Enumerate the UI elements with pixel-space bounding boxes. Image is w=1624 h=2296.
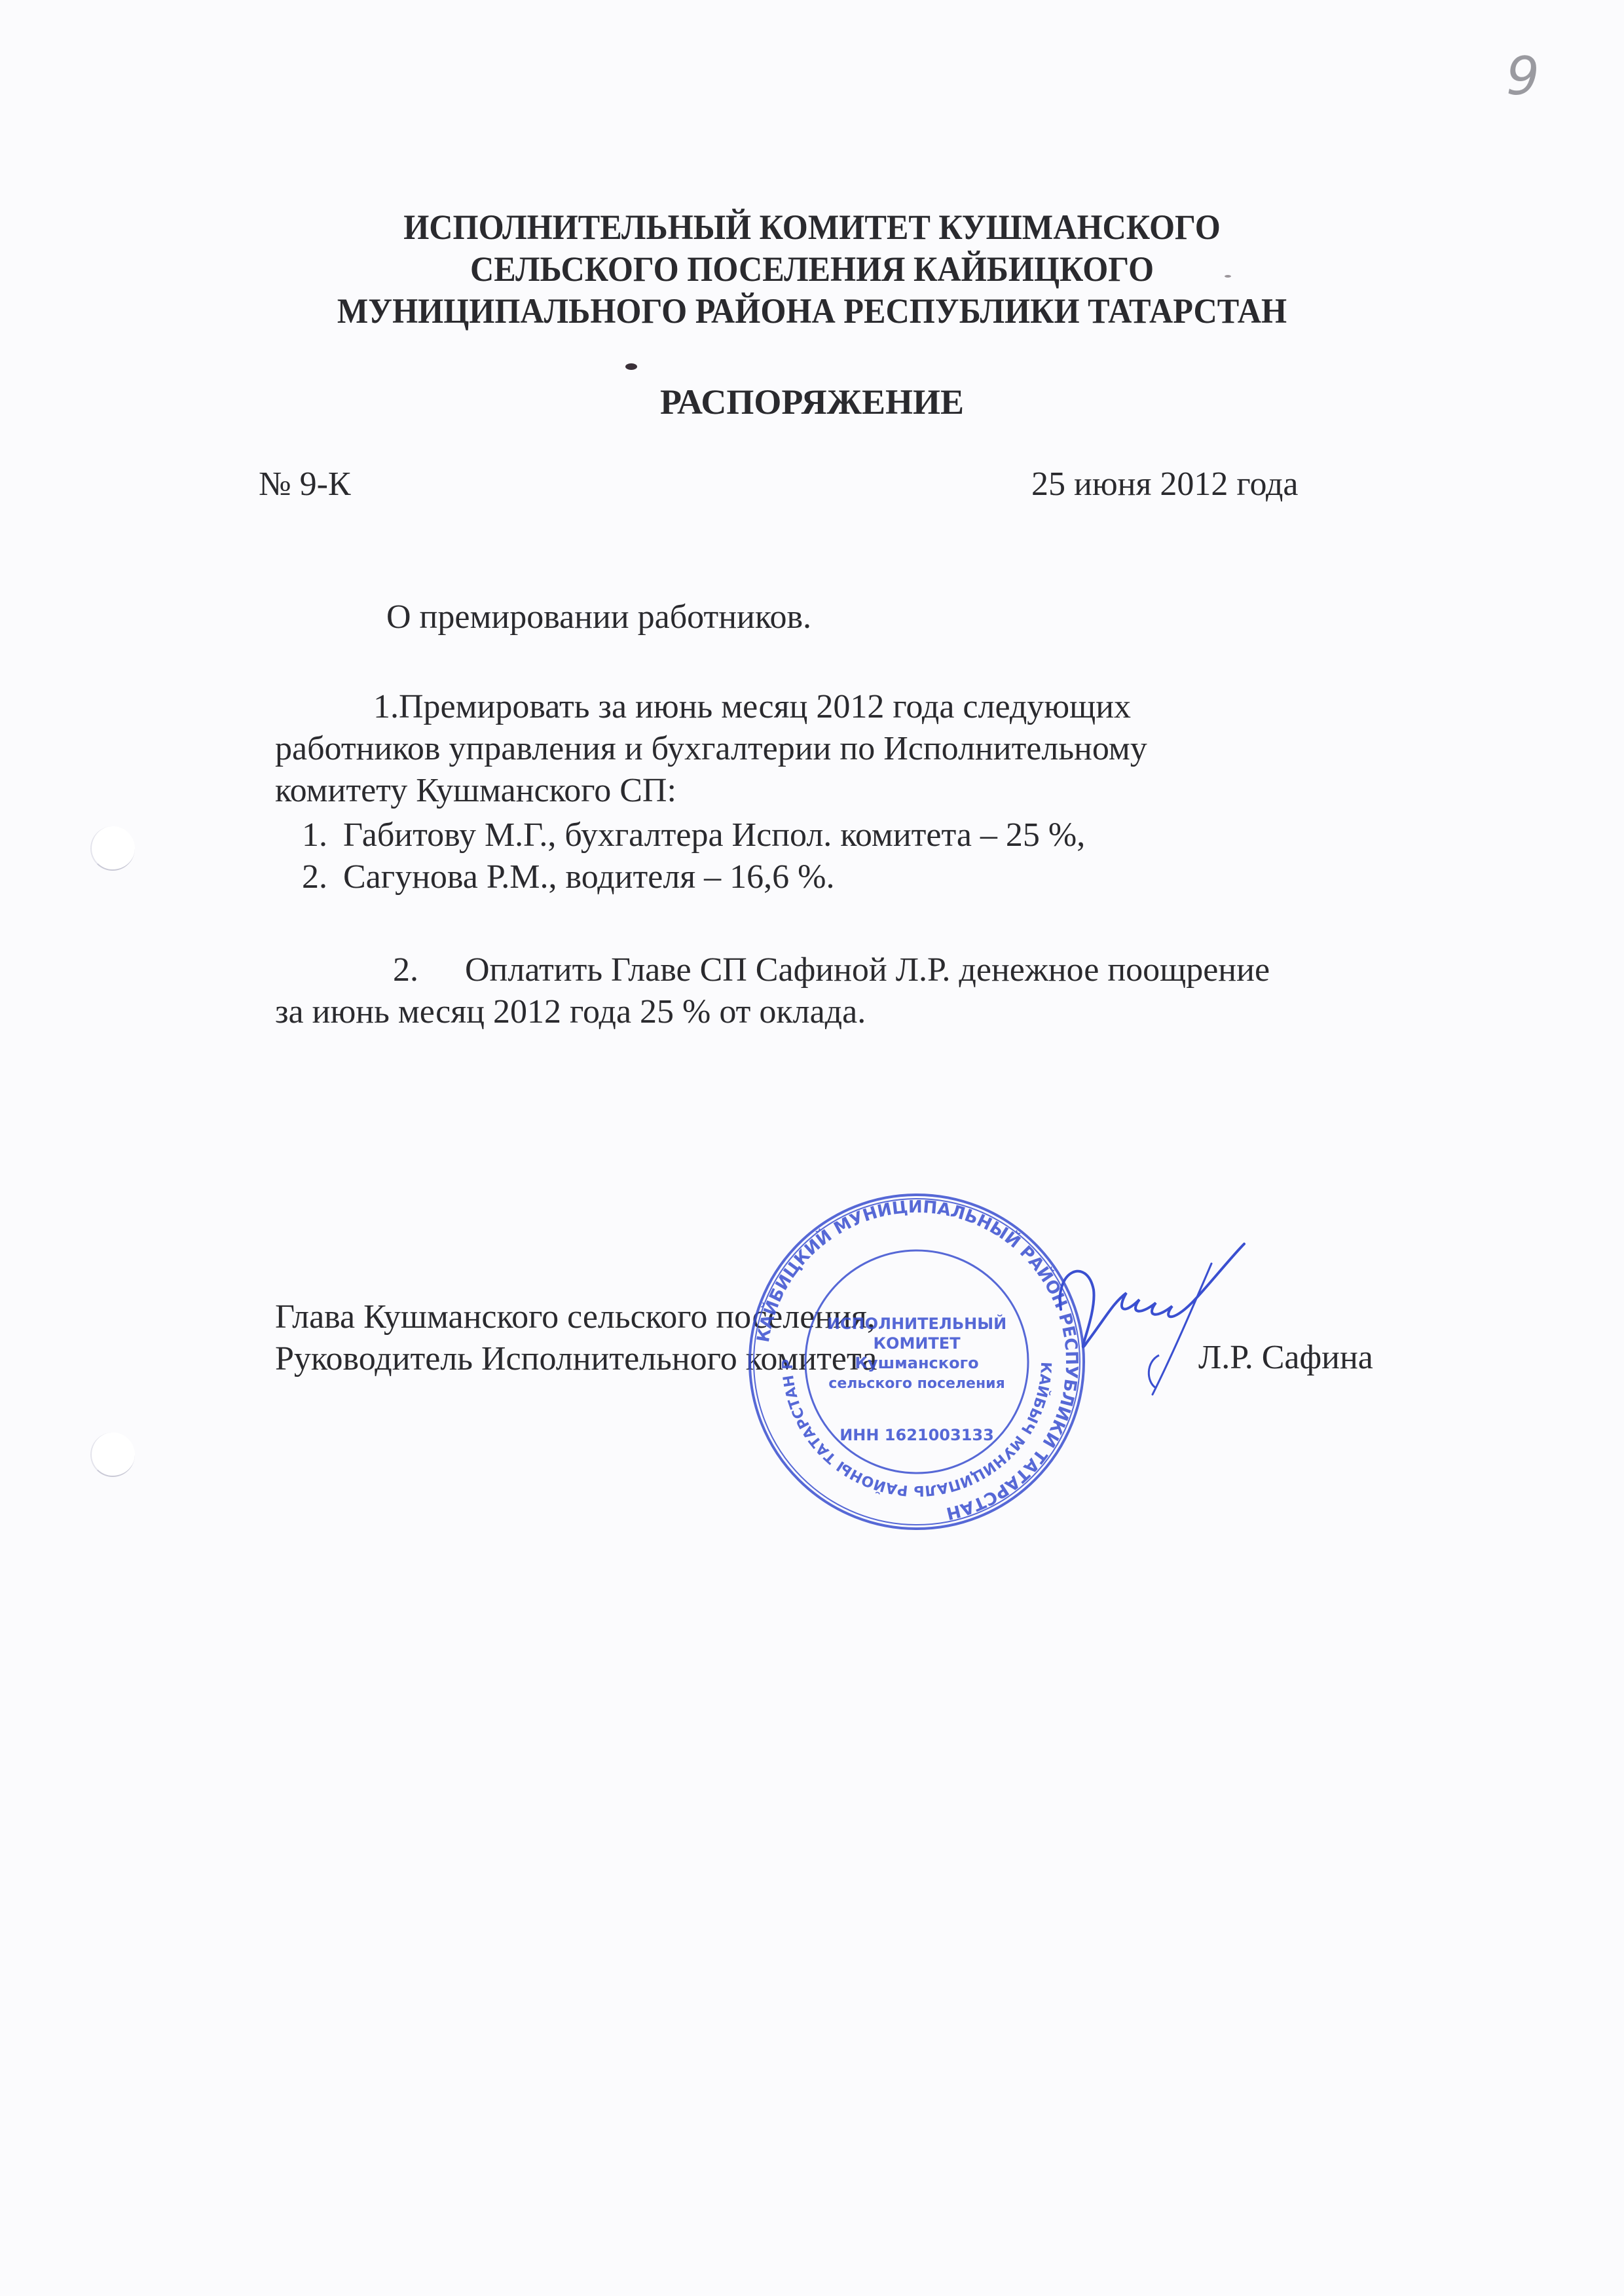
document-type-title: РАСПОРЯЖЕНИЕ [0,382,1624,422]
paragraph-line: 2.Оплатить Главе СП Сафиной Л.Р. денежно… [275,949,1270,991]
list-item-number: 1. [282,814,327,856]
punch-hole [90,826,135,871]
list-item: 1.Габитову М.Г., бухгалтера Испол. комит… [282,814,1085,856]
paragraph-line: за июнь месяц 2012 года 25 % от оклада. [275,991,1270,1033]
page-number: 9 [1506,46,1540,107]
scan-speck [1225,275,1231,278]
stamp-center-line: ИСПОЛНИТЕЛЬНЫЙ [827,1314,1006,1333]
document-number: № 9-К [259,465,351,503]
document-subject: О премировании работников. [386,598,811,636]
paragraph-line: 1.Премировать за июнь месяц 2012 года сл… [275,686,1147,728]
paragraph-2: 2.Оплатить Главе СП Сафиной Л.Р. денежно… [275,949,1270,1033]
official-stamp-icon: КАЙБИЦКИЙ МУНИЦИПАЛЬНЫЙ РАЙОН РЕСПУБЛИКИ… [747,1192,1087,1532]
paragraph-1: 1.Премировать за июнь месяц 2012 года сл… [275,686,1147,812]
paragraph-number: 2. [393,949,465,991]
organization-header: ИСПОЛНИТЕЛЬНЫЙ КОМИТЕТ КУШМАНСКОГО СЕЛЬС… [57,206,1567,332]
paragraph-text: Оплатить Главе СП Сафиной Л.Р. денежное … [465,951,1270,989]
stamp-center-line: Кушманского [855,1354,978,1372]
document-page: 9 ИСПОЛНИТЕЛЬНЫЙ КОМИТЕТ КУШМАНСКОГО СЕЛ… [0,0,1624,2296]
paragraph-line: комитету Кушманского СП: [275,770,1147,812]
handwritten-signature-icon [1048,1231,1264,1408]
list-item-text: Габитову М.Г., бухгалтера Испол. комитет… [343,816,1085,854]
document-date: 25 июня 2012 года [1031,465,1299,503]
stamp-center-line: сельского поселения [828,1376,1005,1392]
stamp-inn: ИНН 1621003133 [840,1426,994,1444]
punch-hole [90,1432,135,1477]
list-item-text: Сагунова Р.М., водителя – 16,6 %. [343,858,835,896]
list-item-number: 2. [282,856,327,898]
bonus-list: 1.Габитову М.Г., бухгалтера Испол. комит… [282,814,1085,898]
paragraph-line: работников управления и бухгалтерии по И… [275,728,1147,770]
header-line: СЕЛЬСКОГО ПОСЕЛЕНИЯ КАЙБИЦКОГО [57,248,1567,290]
header-line: ИСПОЛНИТЕЛЬНЫЙ КОМИТЕТ КУШМАНСКОГО [57,206,1567,248]
header-line: МУНИЦИПАЛЬНОГО РАЙОНА РЕСПУБЛИКИ ТАТАРСТ… [57,290,1567,332]
scan-speck [625,363,637,370]
stamp-center-line: КОМИТЕТ [873,1334,961,1353]
list-item: 2.Сагунова Р.М., водителя – 16,6 %. [282,856,1085,898]
